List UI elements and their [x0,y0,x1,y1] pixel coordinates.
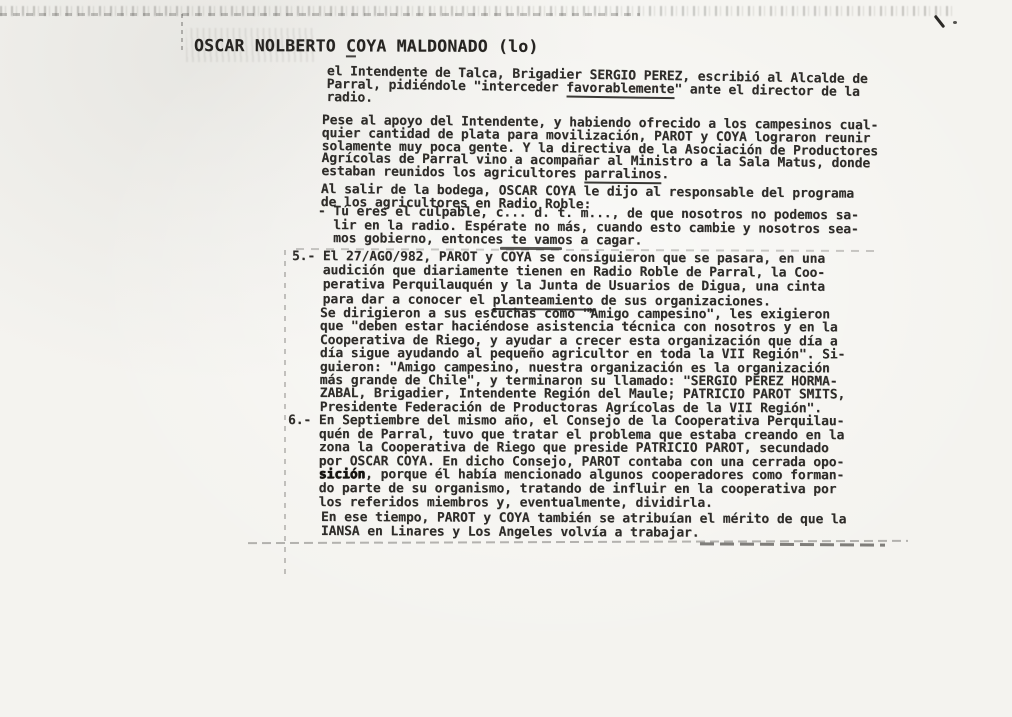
text-line: más grande de Chile", y terminaron su ll… [320,373,845,388]
emphasized-text: favorablemente [566,81,674,100]
text-line: que "deben estar haciéndose asistencia t… [320,319,845,334]
text-segment: OYA MALDONADO (lo) [356,36,538,55]
emphasized-text: C [346,36,356,57]
text-line: quén de Parral, tuvo que tratar el probl… [288,427,844,442]
section-5-radio-audicion: 5.- El 27/AGO/982, PAROT y COYA se consi… [292,249,825,309]
text-segment: OSCAR NOLBERTO [194,36,346,55]
paragraph-iansa: En ese tiempo, PAROT y COYA también se a… [321,510,847,539]
text-line: do parte de su organismo, tratando de in… [288,481,844,496]
section-6-consejo-cooperativa: 6.- En Septiembre del mismo año, el Cons… [288,413,845,509]
text-line: Se dirigieron a sus escuchas como "Amigo… [320,306,845,321]
scanned-document-page: OSCAR NOLBERTO COYA MALDONADO (lo) el In… [0,0,1012,717]
text-line: día sigue ayudando al pequeño agricultor… [320,346,845,361]
text-line: 6.- En Septiembre del mismo año, el Cons… [288,413,844,428]
document-body: OSCAR NOLBERTO COYA MALDONADO (lo) el In… [0,0,1012,717]
paragraph-quote-culpable: - Tú eres el culpable, c... d. t. m..., … [318,204,859,249]
page-title: OSCAR NOLBERTO COYA MALDONADO (lo) [194,36,539,59]
text-segment: " ante el director de la [674,82,860,100]
text-line: ZABAL, Brigadier, Intendente Región del … [320,386,845,401]
paragraph-amigo-campesino: Se dirigieron a sus escuchas como "Amigo… [320,306,846,415]
text-line: zona la Cooperativa de Riego que preside… [288,440,844,455]
text-segment: estaban reunidos los agricultores [321,164,584,182]
emphasized-text: parralinos [584,167,661,185]
text-line: sición, porque él había mencionado algun… [288,467,844,482]
paragraph-intendente-talca: el Intendente de Talca, Brigadier SERGIO… [326,64,867,111]
text-line: guieron: "Amigo campesino, nuestra organ… [320,360,845,375]
text-segment: . [661,167,669,182]
text-line: Cooperativa de Riego, y ayudar a crecer … [320,333,845,348]
paragraph-apoyo-intendente: Pese al apoyo del Intendente, y habiendo… [321,113,878,182]
text-line: OSCAR NOLBERTO COYA MALDONADO (lo) [194,36,539,59]
